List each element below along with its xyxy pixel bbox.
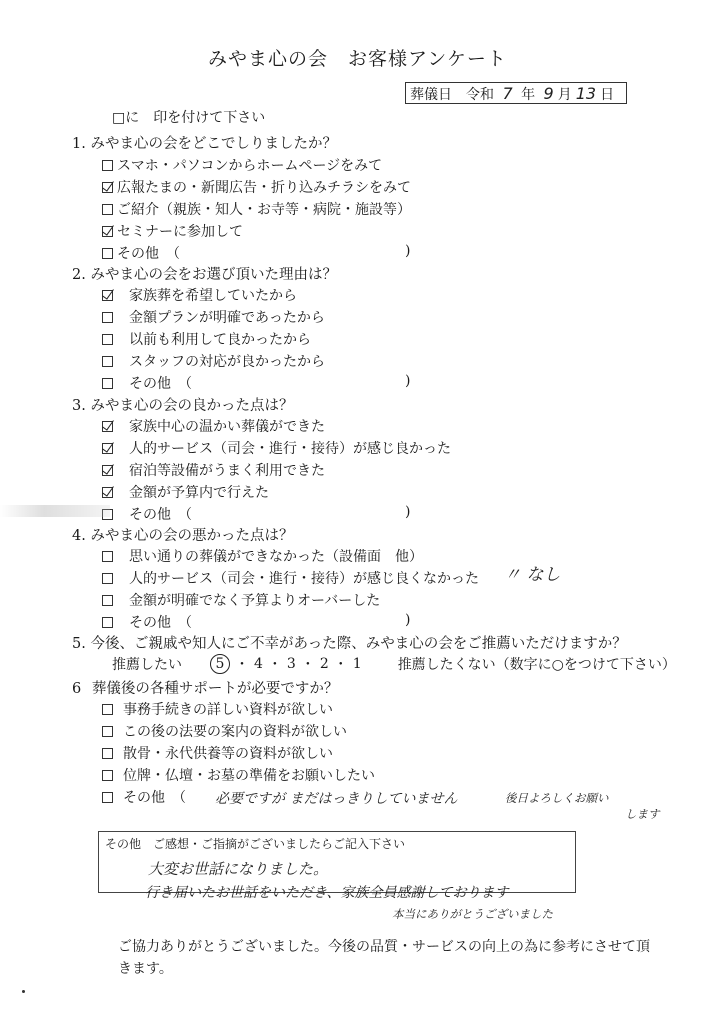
checkbox[interactable]: [102, 617, 113, 628]
q3-option-other[interactable]: その他 （: [102, 504, 192, 524]
checkbox[interactable]: [102, 248, 113, 259]
q1-option-3[interactable]: ご紹介（親族・知人・お寺等・病院・施設等）: [102, 199, 411, 219]
funeral-date-box: 葬儀日 令和 7 年 9月13日: [405, 82, 627, 104]
close-paren: ): [405, 373, 410, 389]
checkbox[interactable]: [102, 378, 113, 389]
q2-option-4[interactable]: スタッフの対応が良かったから: [102, 351, 325, 371]
q4-handwritten-none: 〃 なし: [504, 560, 560, 585]
checkbox[interactable]: [102, 726, 113, 737]
scale-value-3[interactable]: 3: [287, 656, 296, 672]
comment-line-3: 本当にありがとうございました: [392, 906, 553, 922]
q6-option-1[interactable]: 事務手続きの詳しい資料が欲しい: [102, 699, 333, 719]
checkbox[interactable]: [102, 551, 113, 562]
q6-option-other[interactable]: その他 （: [102, 787, 186, 807]
checkbox[interactable]: [102, 312, 113, 323]
q3-option-3[interactable]: 宿泊等設備がうまく利用できた: [102, 460, 325, 480]
question-number: 1.: [72, 136, 86, 152]
scan-smudge: [0, 505, 110, 517]
scale-right-label: 推薦したくない（数字に○をつけて下さい）: [398, 654, 676, 674]
question-3: 3. みやま心の会の良かった点は？: [72, 394, 293, 415]
q2-option-other[interactable]: その他 （: [102, 373, 192, 393]
checkbox-checked[interactable]: [102, 487, 113, 498]
q3-option-2[interactable]: 人的サービス（司会・進行・接待）が感じ良かった: [102, 438, 451, 458]
question-1: 1. みやま心の会をどこでしりましたか？: [72, 132, 337, 153]
comment-line-1: 大変お世話になりました。: [148, 858, 328, 879]
scale-value-1[interactable]: 1: [353, 656, 362, 672]
date-year-unit: 年: [521, 87, 535, 103]
question-4: 4. みやま心の会の悪かった点は？: [72, 524, 293, 545]
footer-thanks-line-2: きます。: [118, 958, 173, 978]
date-day-unit: 日: [600, 87, 614, 103]
q4-option-2[interactable]: 人的サービス（司会・進行・接待）が感じ良くなかった: [102, 568, 479, 588]
scan-dot: [22, 990, 25, 993]
checkbox[interactable]: [102, 792, 113, 803]
checkbox-checked[interactable]: [102, 465, 113, 476]
q3-option-1[interactable]: 家族中心の温かい葬儀ができた: [102, 416, 325, 436]
checkbox[interactable]: [102, 356, 113, 367]
date-month-unit: 月: [558, 87, 572, 103]
q1-option-4[interactable]: セミナーに参加して: [102, 221, 243, 241]
q1-option-2[interactable]: 広報たまの・新聞広告・折り込みチラシをみて: [102, 177, 411, 197]
q2-option-2[interactable]: 金額プランが明確であったから: [102, 307, 325, 327]
checkbox[interactable]: [102, 334, 113, 345]
scale-value-2[interactable]: 2: [320, 656, 329, 672]
q6-handwritten-other-2: 後日よろしくお願い: [505, 790, 609, 806]
checkbox-checked[interactable]: [102, 182, 113, 193]
q2-option-3[interactable]: 以前も利用して良かったから: [102, 329, 311, 349]
q4-option-1[interactable]: 思い通りの葬儀ができなかった（設備面 他）: [102, 546, 423, 566]
q6-option-3[interactable]: 散骨・永代供養等の資料が欲しい: [102, 743, 333, 763]
checkbox[interactable]: [102, 204, 113, 215]
scale-value-5-selected[interactable]: 5: [210, 654, 230, 674]
date-month[interactable]: 9: [544, 84, 554, 103]
checkbox[interactable]: [102, 595, 113, 606]
question-5: 5. 今後、ご親戚や知人にご不幸があった際、みやま心の会をご推薦いただけますか？: [72, 632, 627, 653]
q6-handwritten-other-3: します: [625, 806, 660, 822]
q6-option-2[interactable]: この後の法要の案内の資料が欲しい: [102, 721, 347, 741]
question-text: みやま心の会をどこでしりましたか？: [90, 136, 337, 152]
comment-line-2: 行き届いたお世話をいただき、家族全員感謝しております: [145, 882, 508, 902]
scale-value-4[interactable]: 4: [254, 656, 263, 672]
survey-title: みやま心の会 お客様アンケート: [208, 44, 507, 71]
q3-option-4[interactable]: 金額が予算内で行えた: [102, 482, 269, 502]
close-paren: ): [405, 612, 410, 628]
checkbox[interactable]: [102, 160, 113, 171]
close-paren: ): [405, 504, 410, 520]
checkbox[interactable]: [102, 573, 113, 584]
q2-option-1[interactable]: 家族葬を希望していたから: [102, 285, 297, 305]
checkbox-checked[interactable]: [102, 290, 113, 301]
scale-left-label: 推薦したい: [112, 654, 182, 674]
date-label: 葬儀日 令和: [410, 87, 494, 103]
checkbox-checked[interactable]: [102, 421, 113, 432]
checkbox-checked[interactable]: [102, 226, 113, 237]
q6-handwritten-other: 必要ですが まだはっきりしていません: [215, 788, 457, 808]
comments-label: その他 ご感想・ご指摘がございましたらご記入下さい: [105, 835, 405, 852]
q1-option-1[interactable]: スマホ・パソコンからホームページをみて: [102, 155, 382, 175]
instruction-text: □に 印を付けて下さい: [112, 107, 265, 127]
checkbox[interactable]: [102, 770, 113, 781]
q1-option-other[interactable]: その他 （: [102, 243, 180, 263]
date-year[interactable]: 7: [502, 84, 512, 103]
footer-thanks-line-1: ご協力ありがとうございました。今後の品質・サービスの向上の為に参考にさせて頂: [118, 936, 650, 956]
checkbox[interactable]: [102, 748, 113, 759]
question-6: 6 葬儀後の各種サポートが必要ですか？: [72, 677, 338, 698]
q4-option-3[interactable]: 金額が明確でなく予算よりオーバーした: [102, 590, 380, 610]
close-paren: ): [405, 243, 410, 259]
q4-option-other[interactable]: その他 （: [102, 612, 192, 632]
q6-option-4[interactable]: 位牌・仏壇・お墓の準備をお願いしたい: [102, 765, 375, 785]
question-2: 2. みやま心の会をお選び頂いた理由は？: [72, 263, 337, 284]
checkbox-checked[interactable]: [102, 443, 113, 454]
recommend-scale: 推薦したい 5 ・ 4 ・ 3 ・ 2 ・ 1 推薦したくない（数字に○をつけて…: [112, 654, 676, 674]
date-day[interactable]: 13: [576, 84, 596, 103]
checkbox[interactable]: [102, 704, 113, 715]
